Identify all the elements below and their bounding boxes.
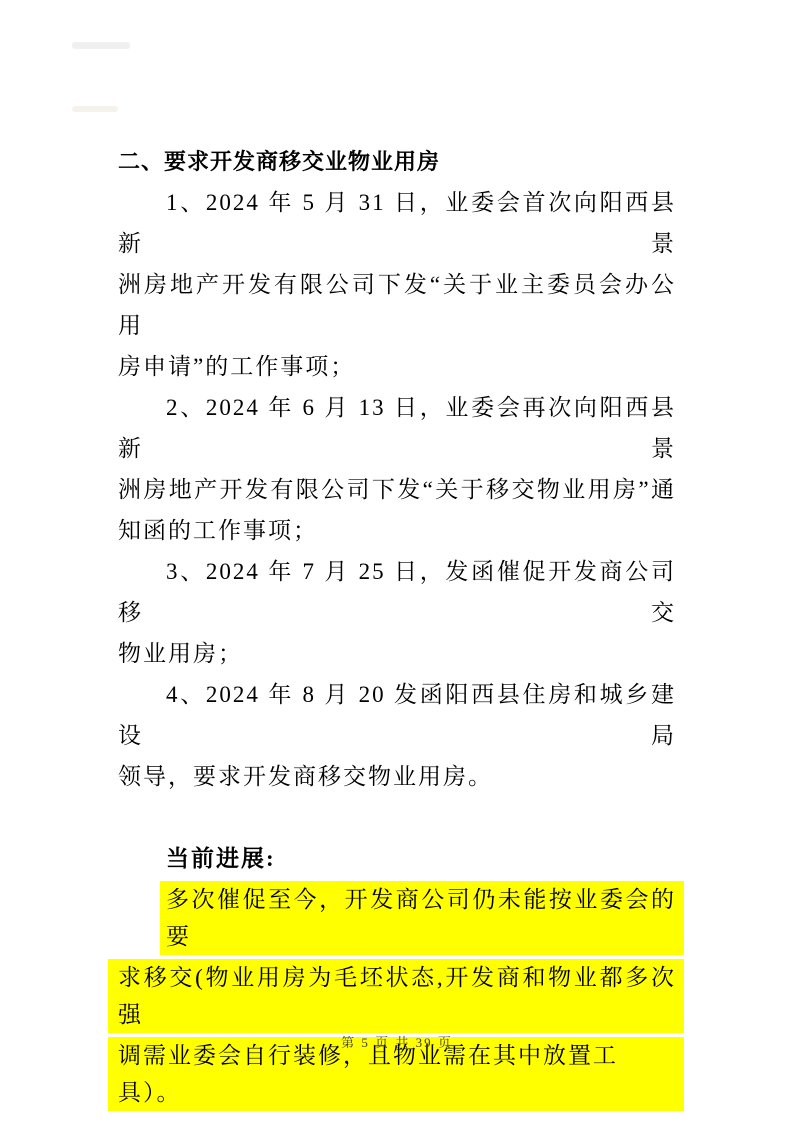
paragraph-1-line-3: 房申请”的工作事项； [118, 346, 676, 387]
paragraph-2-line-1: 2、2024 年 6 月 13 日，业委会再次向阳西县新景 [118, 387, 676, 469]
progress-label: 当前进展: [118, 838, 676, 879]
section-heading: 二、要求开发商移交业物业用房 [118, 141, 676, 182]
paragraph-2-line-3: 知函的工作事项； [118, 510, 676, 551]
paragraph-3-line-1: 3、2024 年 7 月 25 日，发函催促开发商公司移交 [118, 551, 676, 633]
paragraph-1-line-1: 1、2024 年 5 月 31 日，业委会首次向阳西县新景 [118, 182, 676, 264]
blank-line [118, 797, 676, 838]
paragraph-4-line-1: 4、2024 年 8 月 20 发函阳西县住房和城乡建设局 [118, 674, 676, 756]
scan-smudge-artifact [72, 106, 118, 112]
paragraph-1-line-2: 洲房地产开发有限公司下发“关于业主委员会办公用 [118, 264, 676, 346]
highlighted-line-2: 求移交(物业用房为毛坯状态,开发商和物业都多次强 [108, 957, 684, 1035]
document-body: 二、要求开发商移交业物业用房 1、2024 年 5 月 31 日，业委会首次向阳… [118, 141, 676, 1113]
paragraph-3-line-2: 物业用房； [118, 633, 676, 674]
highlighted-line-1: 多次催促至今，开发商公司仍未能按业委会的要 [160, 879, 684, 957]
paragraph-2-line-2: 洲房地产开发有限公司下发“关于移交物业用房”通 [118, 469, 676, 510]
paragraph-4-line-2: 领导，要求开发商移交物业用房。 [118, 756, 676, 797]
document-page: 二、要求开发商移交业物业用房 1、2024 年 5 月 31 日，业委会首次向阳… [0, 0, 794, 1123]
page-number-footer: 第 5 页 共 39 页 [0, 1032, 794, 1051]
scan-smudge-artifact [72, 42, 130, 49]
